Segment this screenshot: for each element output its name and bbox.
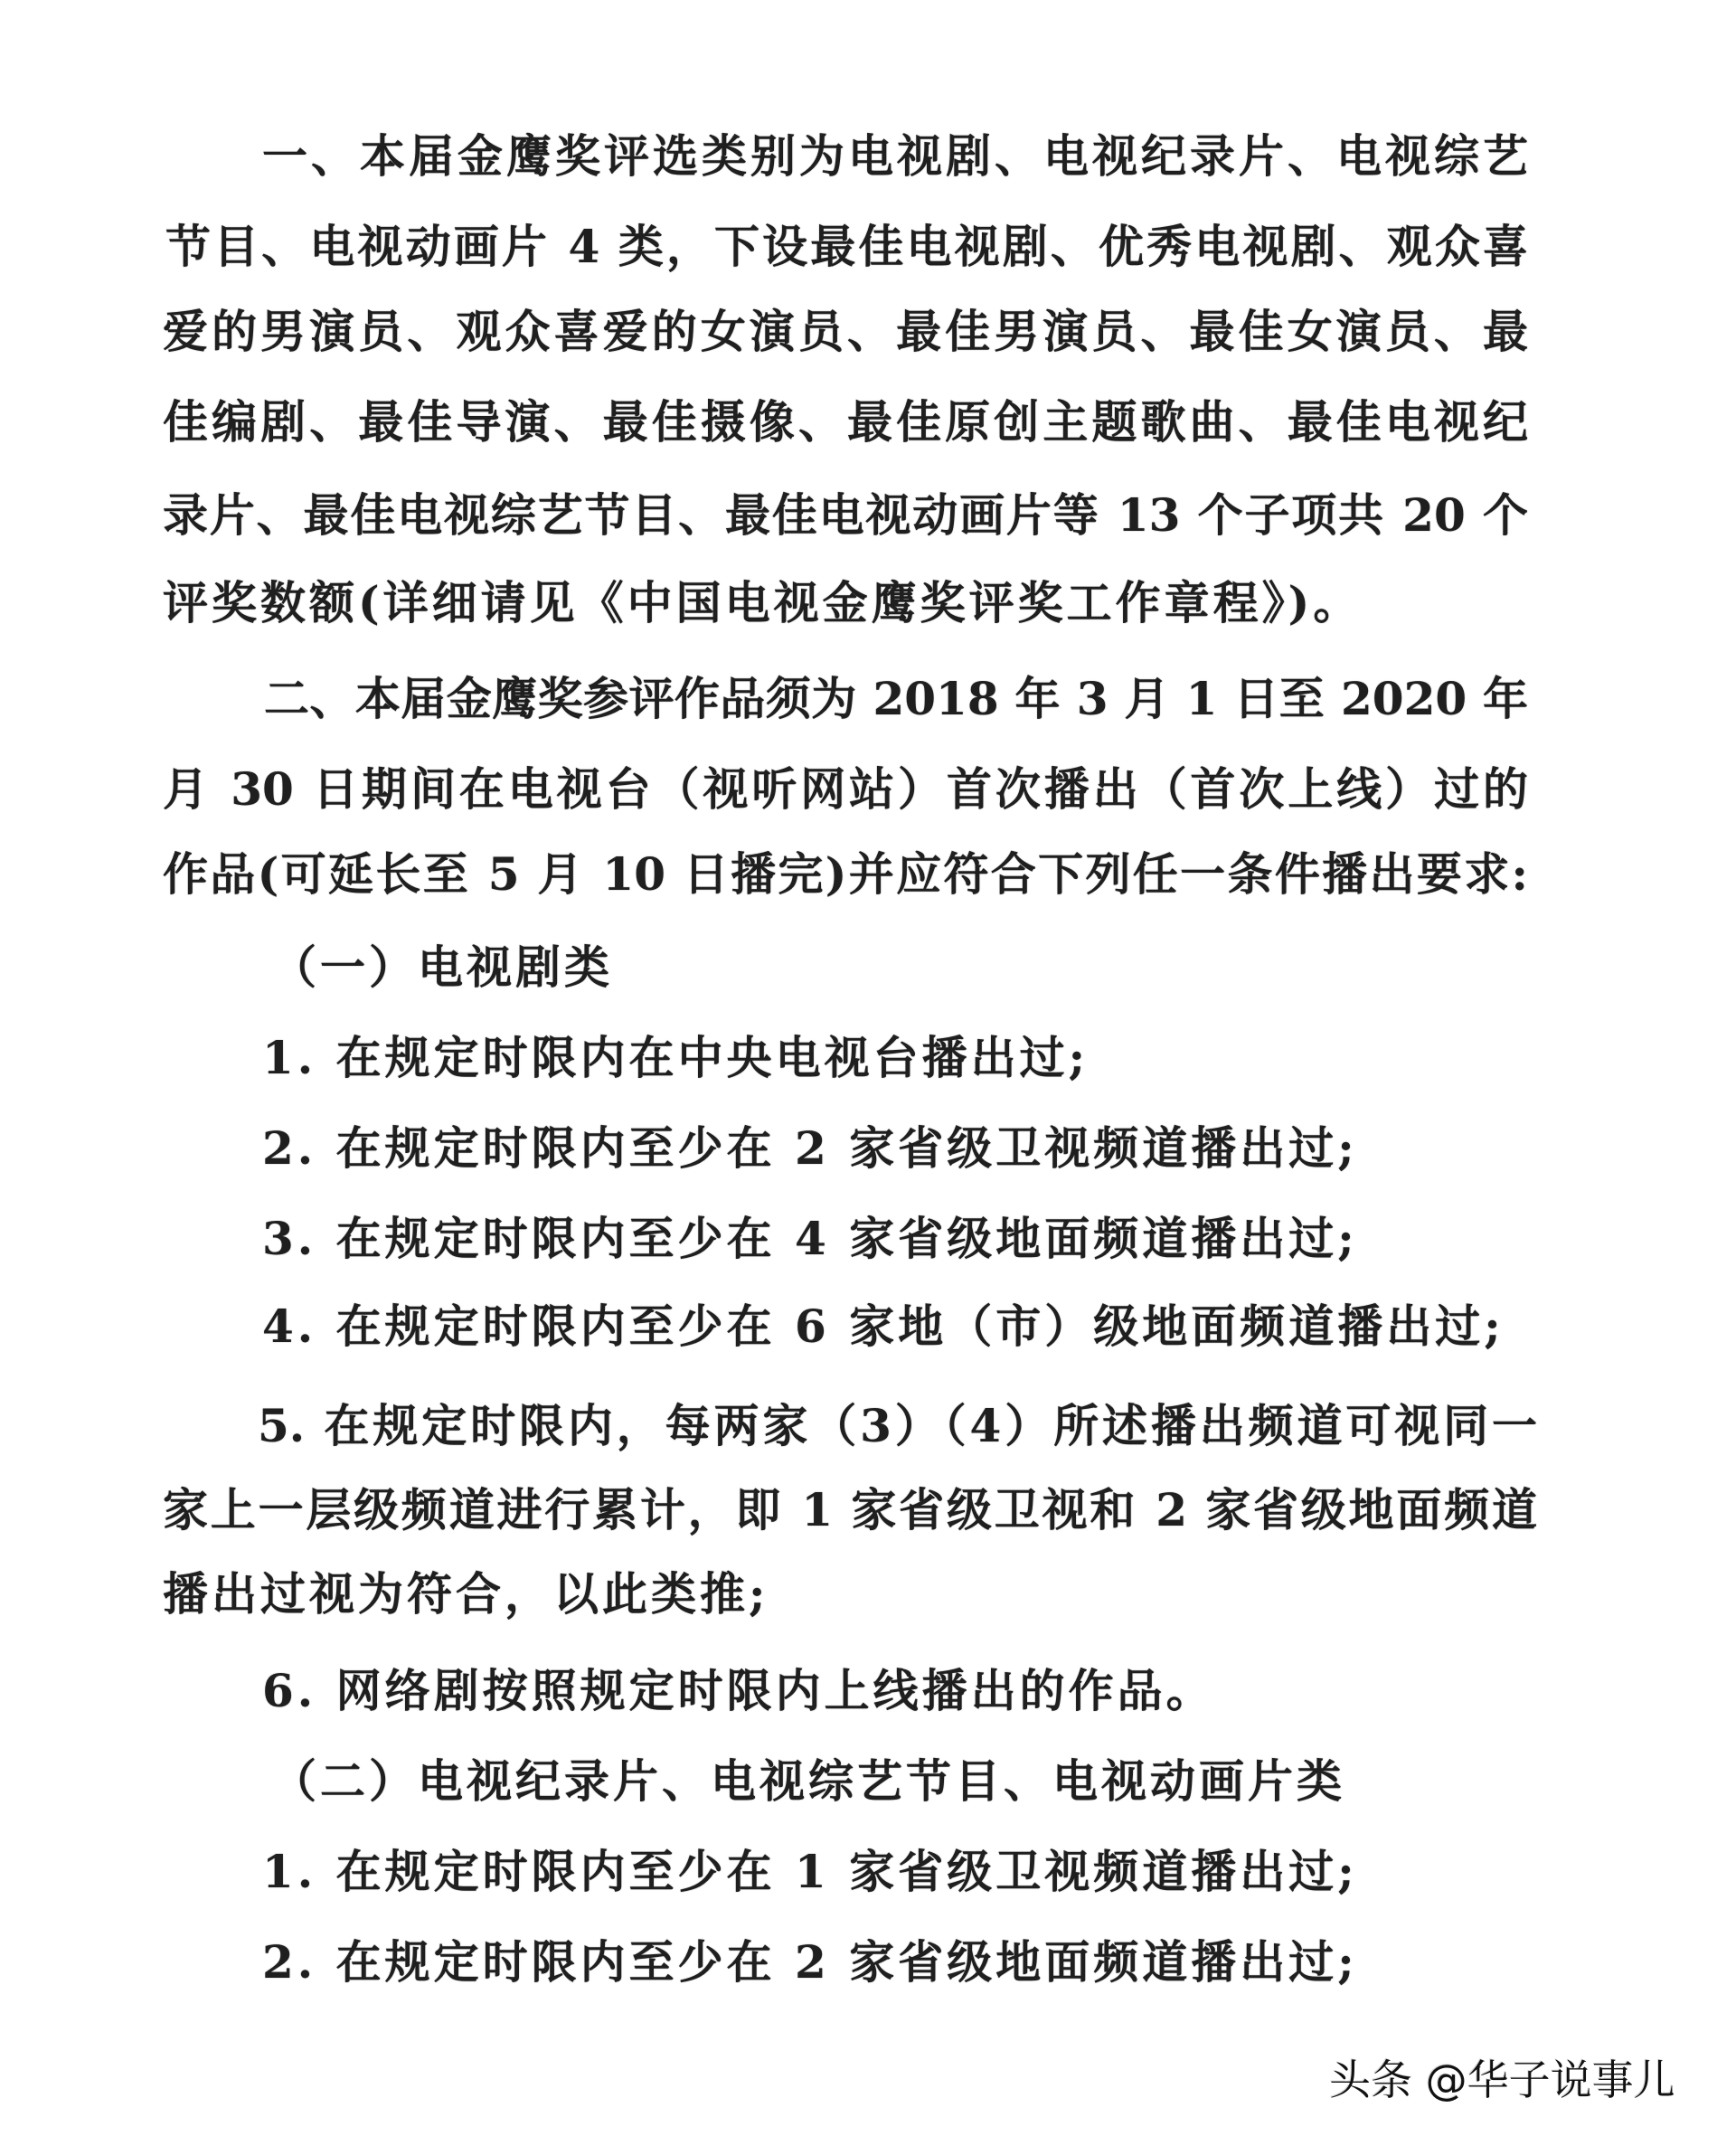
doc-variety-animation-heading: （二）电视纪录片、电视综艺节目、电视动画片类 [271,1754,1345,1809]
section-one-line-5: 录片、最佳电视综艺节目、最佳电视动画片等 13 个子项共 20 个 [163,488,1528,543]
tv-drama-item-6: 6. 网络剧按照规定时限内上线播出的作品。 [262,1664,1215,1718]
section-two-line-2: 月 30 日期间在电视台（视听网站）首次播出（首次上线）过的 [163,762,1528,817]
tv-drama-item-1: 1. 在规定时限内在中央电视台播出过; [262,1031,1089,1085]
tv-drama-item-5-line-1: 5. 在规定时限内，每两家（3）（4）所述播出频道可视同一 [258,1399,1537,1453]
section-one-line-2: 节目、电视动画片 4 类，下设最佳电视剧、优秀电视剧、观众喜 [165,220,1528,274]
watermark: 头条 @华子说事儿 [1329,2053,1675,2107]
tv-drama-item-5-line-2: 家上一层级频道进行累计，即 1 家省级卫视和 2 家省级地面频道 [163,1483,1537,1537]
section-two-line-3: 作品(可延长至 5 月 10 日播完)并应符合下列任一条件播出要求: [163,847,1528,902]
tv-drama-item-3: 3. 在规定时限内至少在 4 家省级地面频道播出过; [262,1212,1358,1266]
doc-variety-animation-item-2: 2. 在规定时限内至少在 2 家省级地面频道播出过; [262,1935,1358,1990]
section-one-line-3: 爱的男演员、观众喜爱的女演员、最佳男演员、最佳女演员、最 [163,305,1528,359]
section-one-line-1: 一、本届金鹰奖评选类别为电视剧、电视纪录片、电视综艺 [262,129,1528,184]
section-one-line-4: 佳编剧、最佳导演、最佳摄像、最佳原创主题歌曲、最佳电视纪 [163,395,1528,449]
tv-drama-item-2: 2. 在规定时限内至少在 2 家省级卫视频道播出过; [262,1121,1358,1176]
tv-drama-item-4: 4. 在规定时限内至少在 6 家地（市）级地面频道播出过; [262,1300,1505,1354]
section-one-line-6: 评奖数额(详细请见《中国电视金鹰奖评奖工作章程》)。 [163,576,1362,630]
tv-drama-item-5-line-3: 播出过视为符合，以此类推; [163,1567,769,1621]
section-two-line-1: 二、本届金鹰奖参评作品须为 2018 年 3 月 1 日至 2020 年 4 [264,672,1528,726]
tv-drama-heading: （一）电视剧类 [271,940,613,995]
document-page: 一、本届金鹰奖评选类别为电视剧、电视纪录片、电视综艺 节目、电视动画片 4 类，… [0,0,1736,2136]
doc-variety-animation-item-1: 1. 在规定时限内至少在 1 家省级卫视频道播出过; [262,1845,1358,1899]
